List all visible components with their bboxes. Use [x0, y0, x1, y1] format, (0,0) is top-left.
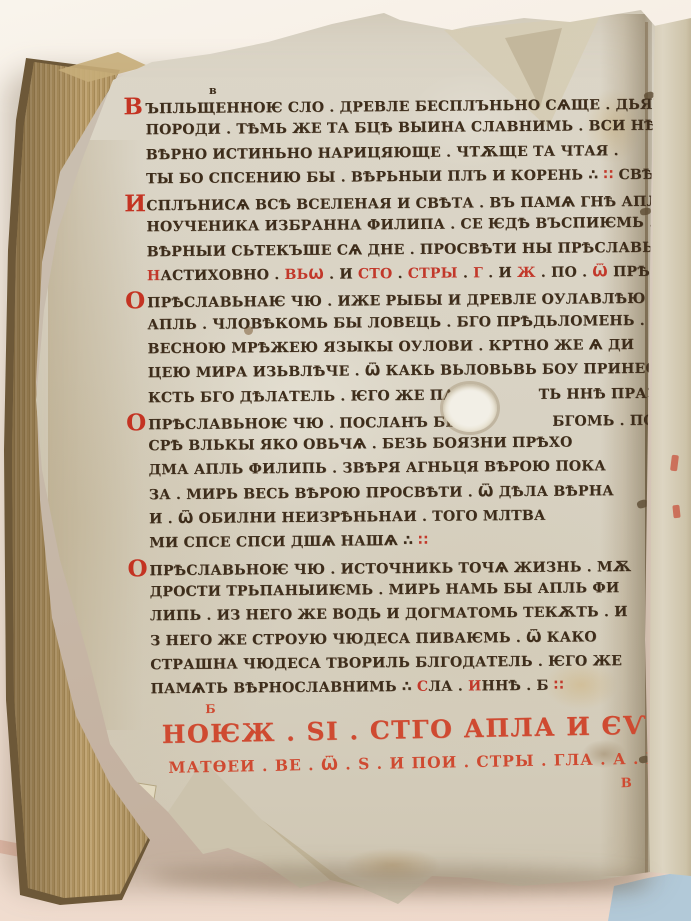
text-segment: и . ѿ обилни неизрѣньнаи . того млтва [149, 508, 546, 527]
rubric-heading: б ноѥж . ѕі . стго апла и єѵлиста матѳеи… [161, 705, 682, 781]
rubric-segment: с [417, 679, 429, 695]
rubric-segment: стры [408, 266, 458, 282]
text-segment: памѧть вѣрнославнимь ∴ [150, 679, 417, 697]
manuscript-photo: в въпльщенноѥ сло . древле бесплъньно сѧ… [0, 0, 691, 921]
rubric-mark: ∷ [603, 167, 613, 183]
text-segment: ноученика избранна филипа . се ѥдѣ въспи… [146, 215, 654, 235]
initial-letter: о [126, 411, 148, 435]
text-segment: бгомь . по [552, 413, 656, 430]
text-segment: дма апль филипь . звѣря агньця вѣрою пок… [149, 459, 606, 479]
text-segment: цею мира изьвлѣче . ѿ какь вьловьвь боу … [148, 361, 682, 382]
text-segment: з него же строую чюдеса пиваѥмь . ѿ како [150, 629, 597, 649]
text-block: въпльщенноѥ сло . древле бесплъньно сѧще… [145, 90, 662, 702]
text-segment: . и [483, 265, 517, 281]
text-segment: весною мрѣжею языкы оулови . кртно же ѧ … [148, 337, 635, 357]
text-segment: ми спсе спси дшѧ нашѧ ∴ [149, 533, 418, 551]
text-segment: срѣ влькы яко овьчѧ . безь боязни прѣхо [148, 435, 572, 455]
hole-gap [486, 426, 552, 427]
rubric-segment: г [473, 265, 483, 281]
rubric-segment: ѿ [592, 264, 608, 280]
text-segment: ксть бго дѣлатель . ѥго же памѧ [148, 387, 485, 406]
text-segment: вѣрно истиньно нарицяюще . чтѫще та чтая… [146, 143, 619, 163]
initial-letter: о [125, 290, 147, 314]
text-segment: . и [324, 266, 358, 282]
text-segment: дрости трьпаныиѥмь . мирь намь бы апль ф… [150, 580, 620, 600]
text-segment: страшна чюдеса твориль блгодатель . ѥго … [150, 653, 622, 673]
text-segment: прѣславьноѥ чю . посланъ бывь [148, 414, 486, 433]
rubric-subscript: в [621, 776, 632, 791]
text-segment: . [458, 265, 474, 281]
text-segment: ннѣ . б [481, 678, 553, 695]
text-segment: астиховно . [160, 267, 284, 284]
rubric-segment: н [147, 268, 161, 284]
rubric-segment: сто [358, 266, 393, 282]
next-page-red-mark [672, 505, 680, 519]
text-line: памѧть вѣрнославнимь ∴ сла . иннѣ . б ∷ [150, 673, 662, 702]
rubric-mark: ∷ [554, 678, 564, 694]
text-segment: породи . тѣмь же та бцѣ выина славнимь .… [146, 118, 691, 139]
text-segment: вѣрныи сьтекъше сѧ дне . просвѣти ны прѣ… [147, 239, 691, 260]
rubric-segment: ж [517, 265, 536, 281]
initial-letter: и [124, 192, 146, 216]
text-segment: ла . [428, 679, 468, 695]
parchment-hole [443, 384, 497, 432]
text-line: страшна чюдеса твориль блгодатель . ѥго … [150, 649, 662, 678]
rubric-mark: ∷ [418, 533, 428, 549]
text-segment: за . мирь весь вѣрою просвѣти . ѿ дѣла в… [149, 483, 614, 503]
text-segment: . [392, 266, 408, 282]
rubric-superscript: б [205, 702, 216, 716]
initial-letter: о [127, 557, 149, 581]
text-segment: липь . из него же водь и догматомь текѫт… [150, 604, 628, 624]
text-segment: ты бо спсению бы . вѣрьныи плъ и корень … [146, 167, 603, 187]
rubric-segment: вьѡ [284, 267, 324, 283]
text-segment: . по . [536, 264, 593, 280]
text-line: за . мирь весь вѣрою просвѣти . ѿ дѣла в… [149, 479, 661, 508]
text-line: опрѣславьноѥ чю . посланъ бывьбгомь . по [148, 406, 660, 435]
rubric-segment: и [468, 678, 482, 694]
initial-letter: в [123, 95, 145, 119]
text-segment: апль . чловѣкомь бы ловець . бго прѣдьло… [147, 312, 686, 333]
